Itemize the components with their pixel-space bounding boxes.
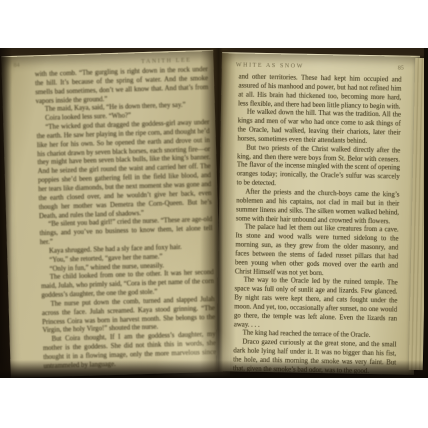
paragraph: The palace had let them out like creatur… <box>235 224 399 280</box>
paragraph: But Coira thought, If I am the goddess’s… <box>43 331 217 371</box>
paragraph: From her hut on the terrace side, the el… <box>232 374 396 375</box>
paragraph: “The wicked god that dragged the goddess… <box>36 119 212 221</box>
paragraph: The way to the Oracle led by the ruined … <box>234 277 398 333</box>
left-page-text: with the comb. “The gurgling is right do… <box>2 63 223 378</box>
paragraph: Draco gazed curiously at the great stone… <box>233 339 397 375</box>
photo-right-edge-shadow <box>424 48 428 378</box>
left-page: 84 TANITH LEE with the comb. “The gurgli… <box>1 50 222 378</box>
right-page-text: and other territories. These had kept hi… <box>216 68 420 375</box>
paragraph: The nurse put down the comb, turned and … <box>42 296 216 336</box>
paragraph: After the priests and the church-boys ca… <box>236 188 400 226</box>
paragraph: But two priests of the Christ walked dir… <box>236 144 400 191</box>
paragraph: He walked down the hill. That was the tr… <box>237 109 401 147</box>
paragraph: with the comb. “The gurgling is right do… <box>35 66 209 106</box>
open-book-photo: 84 TANITH LEE with the comb. “The gurgli… <box>0 48 428 378</box>
book-photograph: 84 TANITH LEE with the comb. “The gurgli… <box>0 0 428 428</box>
right-page-surface: WHITE AS SNOW 85 and other territories. … <box>216 53 420 375</box>
paragraph: and other territories. These had kept hi… <box>238 73 402 111</box>
left-page-surface: 84 TANITH LEE with the comb. “The gurgli… <box>1 51 222 378</box>
right-page: WHITE AS SNOW 85 and other territories. … <box>216 52 420 375</box>
